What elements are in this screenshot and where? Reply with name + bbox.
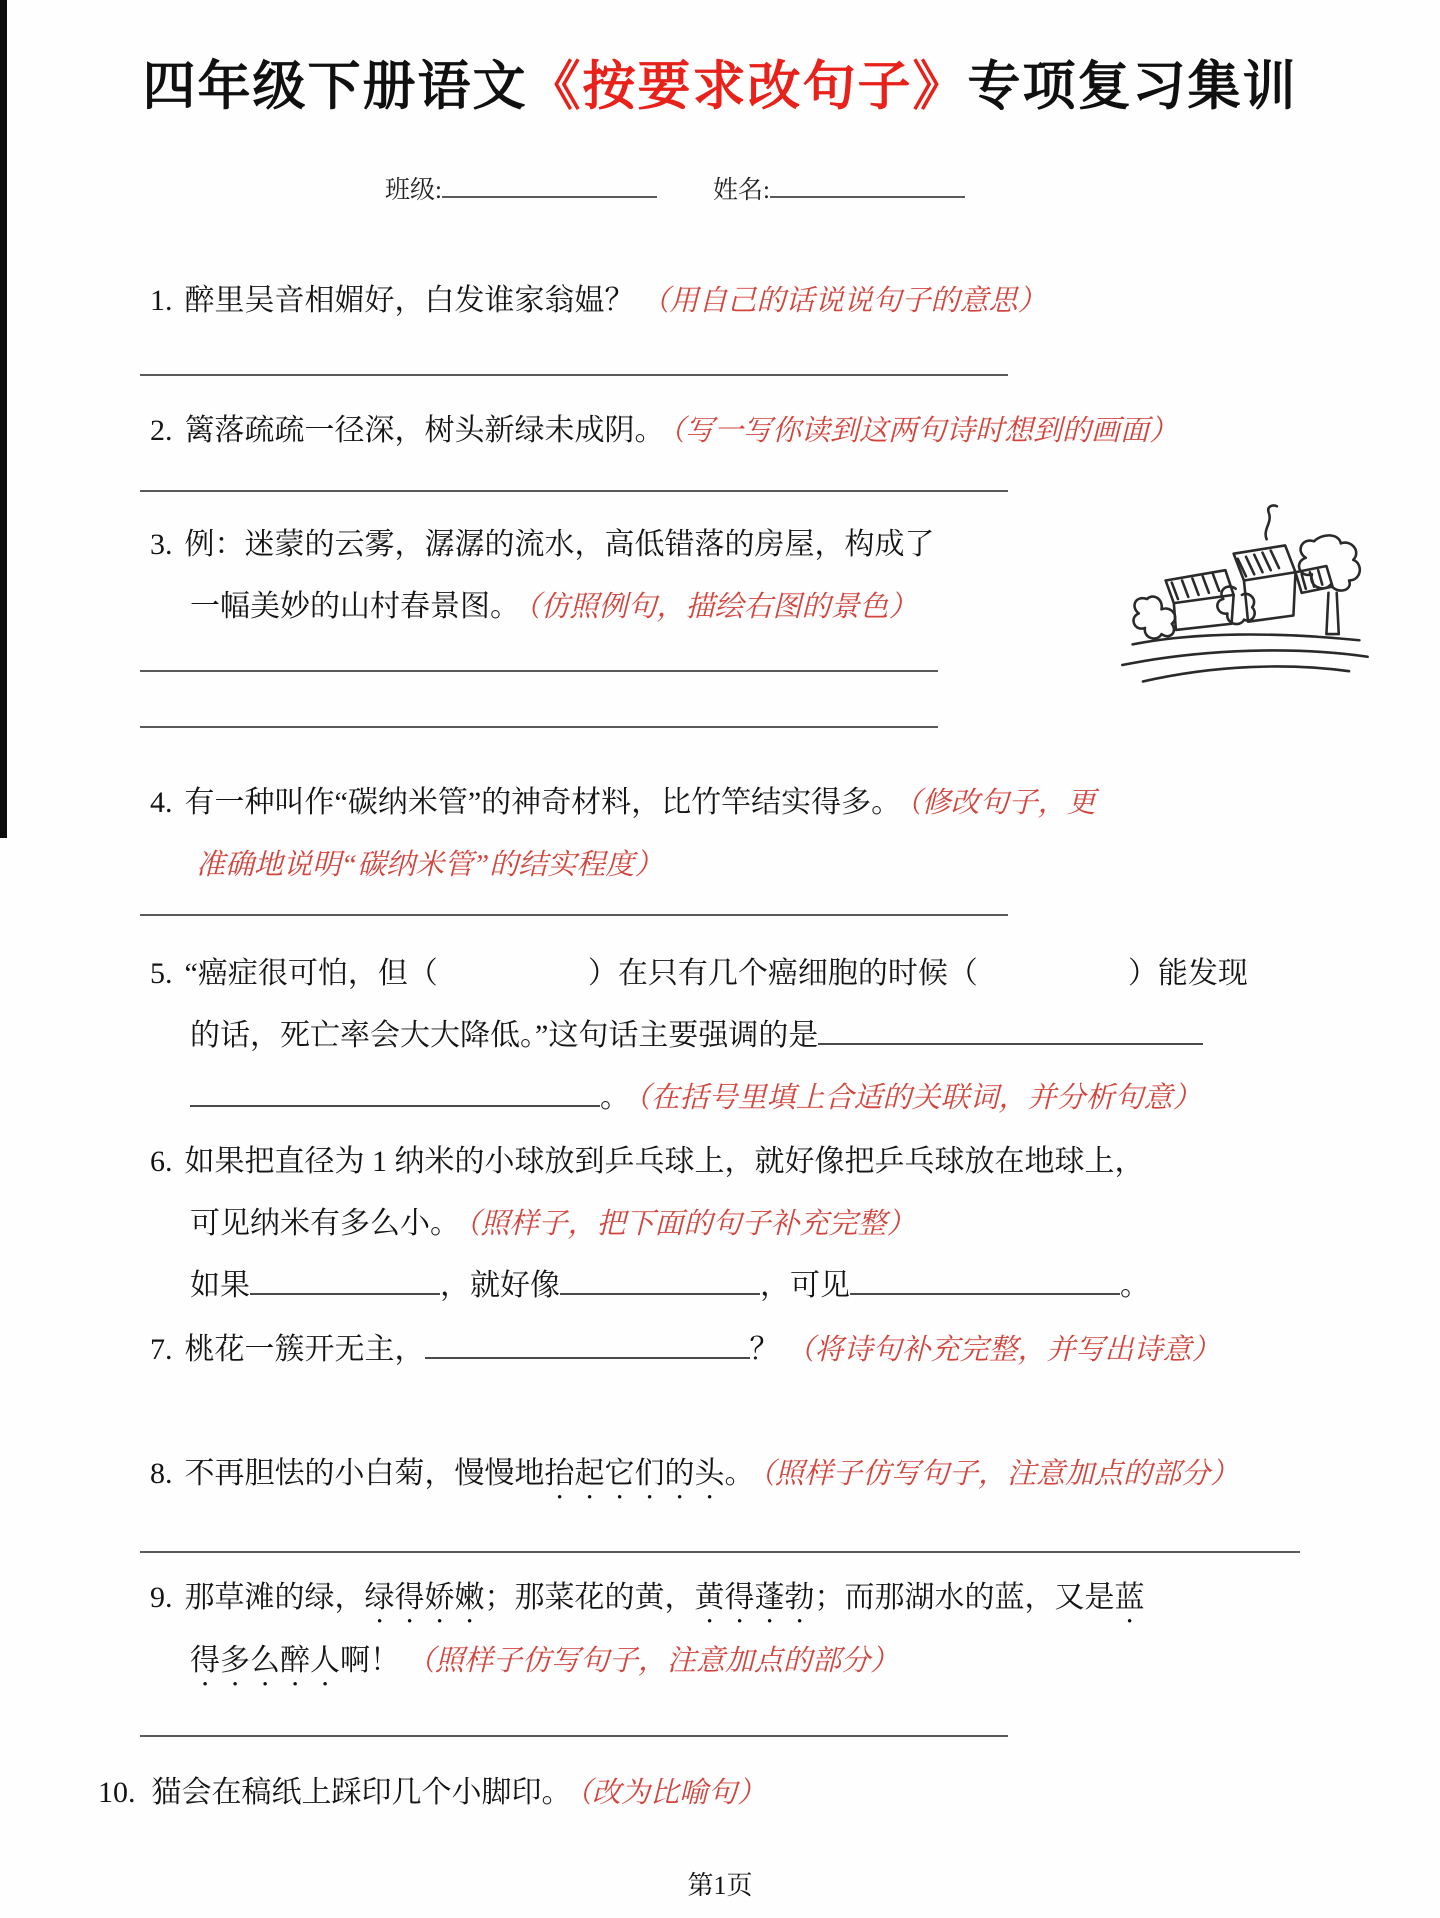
question-3-hint: （仿照例句，描绘右图的景色） xyxy=(526,591,918,623)
question-5: 5.“癌症很可怕，但（ ）在只有几个癌细胞的时候（ ）能发现 的话，死亡率会大大… xyxy=(150,943,1320,1129)
worksheet-page: 四年级下册语文《按要求改句子》专项复习集训 班级:姓名: 1.醉里吴音相媚好，白… xyxy=(0,0,1440,1918)
title-highlight: 《按要求改句子》 xyxy=(528,57,968,116)
question-9-emphasized-4: 得多么醉人 xyxy=(190,1644,340,1677)
question-4-number: 4. xyxy=(150,772,173,834)
question-6-fill-mid1: ，就好像 xyxy=(440,1269,560,1302)
question-1-text: 醉里吴音相媚好，白发谁家翁媪？ xyxy=(185,284,635,317)
question-9-emphasized-3: 蓝 xyxy=(1115,1581,1145,1614)
question-6-fill-mid2: ，可见 xyxy=(760,1269,850,1302)
title-suffix: 专项复习集训 xyxy=(968,57,1298,116)
question-5-hint: （在括号里填上合适的关联词，并分析句意） xyxy=(636,1082,1202,1114)
question-10: 10.猫会在稿纸上踩印几个小脚印。（改为比喻句） xyxy=(150,1762,1320,1824)
inline-blank-q6-2[interactable] xyxy=(560,1263,760,1295)
question-3-text-line2: 一幅美妙的山村春景图。 xyxy=(190,590,520,623)
question-1-hint: （用自己的话说说句子的意思） xyxy=(641,285,1047,317)
questions-area: 1.醉里吴音相媚好，白发谁家翁媪？（用自己的话说说句子的意思） 2.篱落疏疏一径… xyxy=(150,270,1320,1824)
question-8-period: 。 xyxy=(725,1457,755,1490)
question-8-hint: （照样子仿写句子，注意加点的部分） xyxy=(761,1458,1240,1490)
class-input-line[interactable] xyxy=(442,172,657,198)
question-9: 9.那草滩的绿，绿得娇嫩；那菜花的黄，黄得蓬勃；而那湖水的蓝，又是蓝 得多么醉人… xyxy=(150,1567,1320,1693)
question-7-number: 7. xyxy=(150,1319,173,1381)
question-6: 6.如果把直径为 1 纳米的小球放到乒乓球上，就好像把乒乓球放在地球上， 可见纳… xyxy=(150,1131,1320,1317)
inline-blank-q5-2[interactable] xyxy=(190,1075,600,1107)
question-1-number: 1. xyxy=(150,270,173,332)
inline-blank-q7[interactable] xyxy=(425,1327,750,1359)
question-9-text-1: 那草滩的绿， xyxy=(185,1581,365,1614)
question-10-text: 猫会在稿纸上踩印几个小脚印。 xyxy=(152,1776,572,1809)
question-3-number: 3. xyxy=(150,514,173,576)
question-9-text-2: ；那菜花的黄， xyxy=(485,1581,695,1614)
question-1: 1.醉里吴音相媚好，白发谁家翁媪？（用自己的话说说句子的意思） xyxy=(150,270,1320,332)
student-info-row: 班级:姓名: xyxy=(385,170,1440,206)
inline-blank-q5-1[interactable] xyxy=(818,1013,1203,1045)
question-8-text: 不再胆怯的小白菊，慢慢地 xyxy=(185,1457,545,1490)
question-9-text-4: 啊！ xyxy=(340,1644,400,1677)
class-label: 班级: xyxy=(385,177,442,204)
answer-line-q8[interactable] xyxy=(140,1551,1300,1553)
question-4-hint-part1: （修改句子，更 xyxy=(907,787,1096,819)
question-5-number: 5. xyxy=(150,943,173,1005)
answer-line-q1[interactable] xyxy=(140,374,1008,376)
question-2-text: 篱落疏疏一径深，树头新绿未成阴。 xyxy=(185,414,665,447)
question-7-qmark: ？ xyxy=(750,1333,780,1366)
question-6-hint: （照样子，把下面的句子补充完整） xyxy=(466,1208,916,1240)
question-8-emphasized-text: 抬起它们的头 xyxy=(545,1457,725,1490)
question-6-text-line1: 如果把直径为 1 纳米的小球放到乒乓球上，就好像把乒乓球放在地球上， xyxy=(185,1145,1145,1178)
village-illustration xyxy=(1112,500,1380,696)
question-7: 7.桃花一簇开无主，？（将诗句补充完整，并写出诗意） xyxy=(150,1319,1320,1381)
question-4-hint-part2: 准确地说明“碳纳米管”的结实程度） xyxy=(196,849,663,881)
name-label: 姓名: xyxy=(713,177,770,204)
question-6-fill-prefix: 如果 xyxy=(190,1269,250,1302)
answer-line-q9[interactable] xyxy=(140,1735,1008,1737)
question-8: 8.不再胆怯的小白菊，慢慢地抬起它们的头。（照样子仿写句子，注意加点的部分） xyxy=(150,1443,1320,1506)
page-number: 第1页 xyxy=(0,1865,1440,1902)
question-9-emphasized-1: 绿得娇嫩 xyxy=(365,1581,485,1614)
question-6-number: 6. xyxy=(150,1131,173,1193)
name-input-line[interactable] xyxy=(770,172,965,198)
question-9-hint: （照样子仿写句子，注意加点的部分） xyxy=(406,1645,899,1677)
question-7-text: 桃花一簇开无主， xyxy=(185,1333,425,1366)
answer-line-q3-1[interactable] xyxy=(140,670,938,672)
title-prefix: 四年级下册语文 xyxy=(143,57,528,116)
answer-line-q4[interactable] xyxy=(140,914,1008,916)
question-5-text-line1: “癌症很可怕，但（ ）在只有几个癌细胞的时候（ ）能发现 xyxy=(185,957,1248,990)
question-3-text-line1: 例：迷蒙的云雾，潺潺的流水，高低错落的房屋，构成了 xyxy=(185,528,935,561)
question-2: 2.篱落疏疏一径深，树头新绿未成阴。（写一写你读到这两句诗时想到的画面） xyxy=(150,400,1320,462)
inline-blank-q6-3[interactable] xyxy=(850,1263,1120,1295)
question-7-hint: （将诗句补充完整，并写出诗意） xyxy=(786,1334,1221,1366)
question-8-number: 8. xyxy=(150,1443,173,1505)
inline-blank-q6-1[interactable] xyxy=(250,1263,440,1295)
question-3: 3.例：迷蒙的云雾，潺潺的流水，高低错落的房屋，构成了 一幅美妙的山村春景图。（… xyxy=(150,514,1320,638)
question-6-text-line2: 可见纳米有多么小。 xyxy=(190,1207,460,1240)
question-4: 4.有一种叫作“碳纳米管”的神奇材料，比竹竿结实得多。（修改句子，更 准确地说明… xyxy=(150,772,1320,896)
question-6-fill-end: 。 xyxy=(1120,1269,1150,1302)
question-5-period: 。 xyxy=(600,1081,630,1114)
question-2-hint: （写一写你读到这两句诗时想到的画面） xyxy=(671,415,1179,447)
page-title: 四年级下册语文《按要求改句子》专项复习集训 xyxy=(0,0,1440,120)
question-10-number: 10. xyxy=(98,1762,136,1824)
question-4-text: 有一种叫作“碳纳米管”的神奇材料，比竹竿结实得多。 xyxy=(185,786,902,819)
question-5-text-line2: 的话，死亡率会大大降低。”这句话主要强调的是 xyxy=(190,1019,818,1052)
question-9-emphasized-2: 黄得蓬勃 xyxy=(695,1581,815,1614)
answer-line-q3-2[interactable] xyxy=(140,726,938,728)
question-10-hint: （改为比喻句） xyxy=(578,1777,767,1809)
question-9-text-3: ；而那湖水的蓝，又是 xyxy=(815,1581,1115,1614)
scan-artifact-left-edge xyxy=(0,0,7,838)
question-2-number: 2. xyxy=(150,400,173,462)
answer-line-q2[interactable] xyxy=(140,490,1008,492)
question-9-number: 9. xyxy=(150,1567,173,1629)
